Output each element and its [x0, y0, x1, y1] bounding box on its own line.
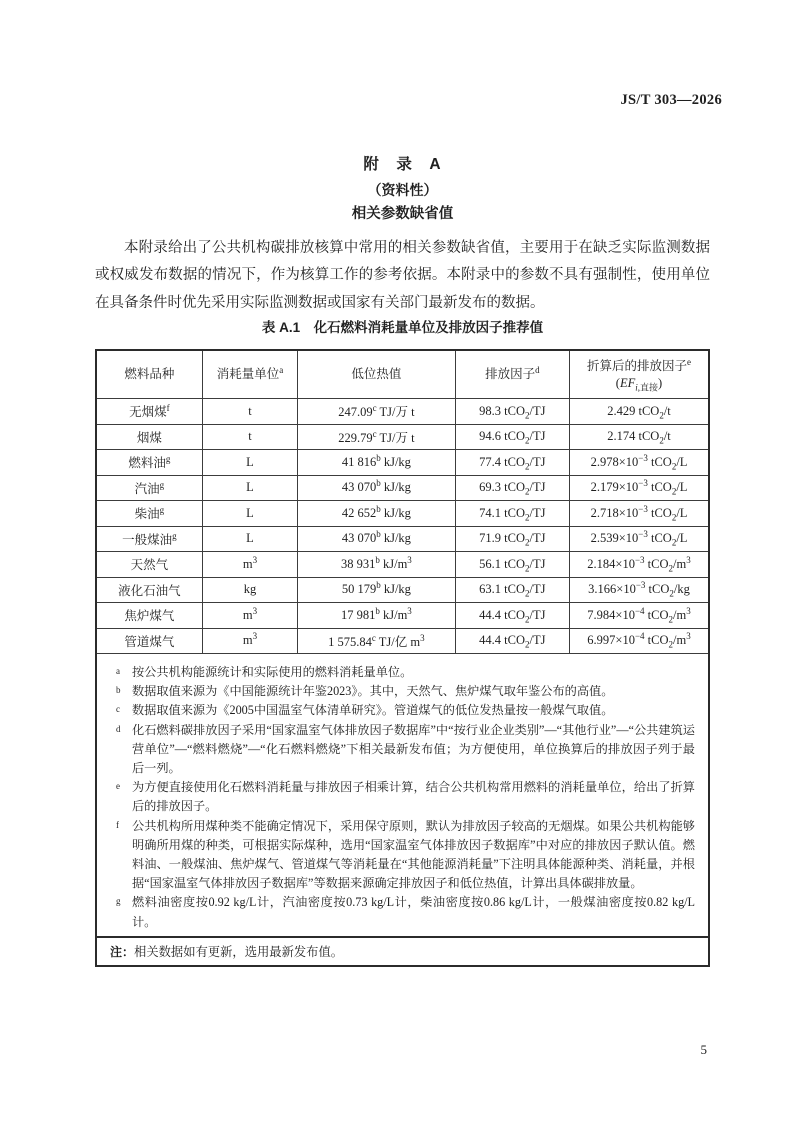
- footnote: g 燃料油密度按0.92 kg/L计，汽油密度按0.73 kg/L计，柴油密度按…: [110, 893, 695, 931]
- cell-unit: t: [202, 424, 297, 450]
- appendix-heading: 附 录 A: [95, 152, 710, 178]
- col-header-consumption-unit: 消耗量单位a: [202, 350, 297, 399]
- table-a1: 燃料品种 消耗量单位a 低位热值 排放因子d 折算后的排放因子e (EFi,直接…: [95, 349, 710, 967]
- footnote-text: 数据取值来源为《2005中国温室气体清单研究》。管道煤气的低位发热量按一般煤气取…: [132, 701, 695, 720]
- footnote: c 数据取值来源为《2005中国温室气体清单研究》。管道煤气的低位发热量按一般煤…: [110, 701, 695, 720]
- cell-heating-value: 17 981b kJ/m3: [298, 603, 456, 629]
- cell-emission-factor: 69.3 tCO2/TJ: [455, 475, 569, 501]
- footnotes-cell: a 按公共机构能源统计和实际使用的燃料消耗量单位。 b 数据取值来源为《中国能源…: [96, 654, 709, 937]
- table-header-row: 燃料品种 消耗量单位a 低位热值 排放因子d 折算后的排放因子e (EFi,直接…: [96, 350, 709, 399]
- appendix-title-block: 附 录 A （资料性） 相关参数缺省值: [95, 152, 710, 226]
- cell-emission-factor: 74.1 tCO2/TJ: [455, 501, 569, 527]
- cell-fuel-name: 无烟煤f: [96, 399, 202, 425]
- cell-unit: L: [202, 450, 297, 476]
- cell-unit: kg: [202, 577, 297, 603]
- table-row: 管道煤气 m3 1 575.84c TJ/亿 m3 44.4 tCO2/TJ 6…: [96, 628, 709, 654]
- footnote-letter: f: [110, 817, 132, 894]
- footnote: d 化石燃料碳排放因子采用“国家温室气体排放因子数据库”中“按行业企业类别”—“…: [110, 721, 695, 779]
- cell-converted-factor: 2.179×10−3 tCO2/L: [570, 475, 710, 501]
- footnote-text: 燃料油密度按0.92 kg/L计，汽油密度按0.73 kg/L计，柴油密度按0.…: [132, 893, 695, 931]
- footnotes-row: a 按公共机构能源统计和实际使用的燃料消耗量单位。 b 数据取值来源为《中国能源…: [96, 654, 709, 937]
- standard-number: JS/T 303—2026: [620, 92, 722, 109]
- footnote-letter: c: [110, 701, 132, 720]
- footnote-text: 数据取值来源为《中国能源统计年鉴2023》。其中，天然气、焦炉煤气取年鉴公布的高…: [132, 682, 695, 701]
- cell-emission-factor: 56.1 tCO2/TJ: [455, 552, 569, 578]
- cell-fuel-name: 液化石油气: [96, 577, 202, 603]
- cell-heating-value: 38 931b kJ/m3: [298, 552, 456, 578]
- footnote-text: 为方便直接使用化石燃料消耗量与排放因子相乘计算，结合公共机构常用燃料的消耗量单位…: [132, 778, 695, 816]
- table-row: 烟煤 t 229.79c TJ/万 t 94.6 tCO2/TJ 2.174 t…: [96, 424, 709, 450]
- cell-unit: m3: [202, 552, 297, 578]
- footnote: b 数据取值来源为《中国能源统计年鉴2023》。其中，天然气、焦炉煤气取年鉴公布…: [110, 682, 695, 701]
- cell-converted-factor: 3.166×10−3 tCO2/kg: [570, 577, 710, 603]
- cell-fuel-name: 汽油g: [96, 475, 202, 501]
- cell-heating-value: 229.79c TJ/万 t: [298, 424, 456, 450]
- footnote: e 为方便直接使用化石燃料消耗量与排放因子相乘计算，结合公共机构常用燃料的消耗量…: [110, 778, 695, 816]
- cell-heating-value: 50 179b kJ/kg: [298, 577, 456, 603]
- converted-factor-symbol: (EFi,直接): [573, 375, 705, 392]
- table-note-row: 注：相关数据如有更新，选用最新发布值。: [96, 937, 709, 966]
- table-row: 天然气 m3 38 931b kJ/m3 56.1 tCO2/TJ 2.184×…: [96, 552, 709, 578]
- cell-fuel-name: 管道煤气: [96, 628, 202, 654]
- col-header-fuel-type: 燃料品种: [96, 350, 202, 399]
- footnote-letter: a: [110, 663, 132, 682]
- footnote: a 按公共机构能源统计和实际使用的燃料消耗量单位。: [110, 663, 695, 682]
- table-note-cell: 注：相关数据如有更新，选用最新发布值。: [96, 937, 709, 966]
- cell-heating-value: 43 070b kJ/kg: [298, 475, 456, 501]
- col-header-emission-factor: 排放因子d: [455, 350, 569, 399]
- footnote-letter: e: [110, 778, 132, 816]
- cell-heating-value: 42 652b kJ/kg: [298, 501, 456, 527]
- note-label: 注：: [110, 945, 134, 959]
- note-text: 相关数据如有更新，选用最新发布值。: [134, 945, 343, 959]
- table-row: 汽油g L 43 070b kJ/kg 69.3 tCO2/TJ 2.179×1…: [96, 475, 709, 501]
- converted-factor-label: 折算后的排放因子e: [573, 358, 705, 375]
- table-row: 燃料油g L 41 816b kJ/kg 77.4 tCO2/TJ 2.978×…: [96, 450, 709, 476]
- cell-converted-factor: 6.997×10−4 tCO2/m3: [570, 628, 710, 654]
- table-row: 一般煤油g L 43 070b kJ/kg 71.9 tCO2/TJ 2.539…: [96, 526, 709, 552]
- table-row: 柴油g L 42 652b kJ/kg 74.1 tCO2/TJ 2.718×1…: [96, 501, 709, 527]
- cell-emission-factor: 94.6 tCO2/TJ: [455, 424, 569, 450]
- footnote-letter: d: [110, 721, 132, 779]
- cell-fuel-name: 焦炉煤气: [96, 603, 202, 629]
- cell-heating-value: 41 816b kJ/kg: [298, 450, 456, 476]
- document-page: JS/T 303—2026 附 录 A （资料性） 相关参数缺省值 本附录给出了…: [0, 0, 793, 1122]
- cell-unit: t: [202, 399, 297, 425]
- cell-heating-value: 1 575.84c TJ/亿 m3: [298, 628, 456, 654]
- cell-converted-factor: 7.984×10−4 tCO2/m3: [570, 603, 710, 629]
- table-row: 液化石油气 kg 50 179b kJ/kg 63.1 tCO2/TJ 3.16…: [96, 577, 709, 603]
- cell-unit: m3: [202, 628, 297, 654]
- appendix-type-label: （资料性）: [95, 178, 710, 202]
- cell-heating-value: 43 070b kJ/kg: [298, 526, 456, 552]
- cell-converted-factor: 2.539×10−3 tCO2/L: [570, 526, 710, 552]
- cell-unit: L: [202, 475, 297, 501]
- footnote-text: 公共机构所用煤种类不能确定情况下，采用保守原则，默认为排放因子较高的无烟煤。如果…: [132, 817, 695, 894]
- footnote-letter: g: [110, 893, 132, 931]
- page-number: 5: [701, 1042, 708, 1058]
- cell-unit: L: [202, 526, 297, 552]
- cell-unit: L: [202, 501, 297, 527]
- col-header-converted-factor: 折算后的排放因子e (EFi,直接): [570, 350, 710, 399]
- footnote: f 公共机构所用煤种类不能确定情况下，采用保守原则，默认为排放因子较高的无烟煤。…: [110, 817, 695, 894]
- cell-emission-factor: 98.3 tCO2/TJ: [455, 399, 569, 425]
- footnote-text: 按公共机构能源统计和实际使用的燃料消耗量单位。: [132, 663, 695, 682]
- cell-converted-factor: 2.718×10−3 tCO2/L: [570, 501, 710, 527]
- cell-emission-factor: 77.4 tCO2/TJ: [455, 450, 569, 476]
- cell-fuel-name: 柴油g: [96, 501, 202, 527]
- appendix-title: 相关参数缺省值: [95, 202, 710, 226]
- footnote-text: 化石燃料碳排放因子采用“国家温室气体排放因子数据库”中“按行业企业类别”—“其他…: [132, 721, 695, 779]
- cell-converted-factor: 2.184×10−3 tCO2/m3: [570, 552, 710, 578]
- col-header-heating-value: 低位热值: [298, 350, 456, 399]
- cell-emission-factor: 71.9 tCO2/TJ: [455, 526, 569, 552]
- table-row: 无烟煤f t 247.09c TJ/万 t 98.3 tCO2/TJ 2.429…: [96, 399, 709, 425]
- table-row: 焦炉煤气 m3 17 981b kJ/m3 44.4 tCO2/TJ 7.984…: [96, 603, 709, 629]
- cell-fuel-name: 烟煤: [96, 424, 202, 450]
- intro-paragraph: 本附录给出了公共机构碳排放核算中常用的相关参数缺省值，主要用于在缺乏实际监测数据…: [95, 235, 710, 317]
- cell-converted-factor: 2.174 tCO2/t: [570, 424, 710, 450]
- cell-fuel-name: 天然气: [96, 552, 202, 578]
- cell-converted-factor: 2.429 tCO2/t: [570, 399, 710, 425]
- cell-heating-value: 247.09c TJ/万 t: [298, 399, 456, 425]
- cell-converted-factor: 2.978×10−3 tCO2/L: [570, 450, 710, 476]
- table-caption: 表 A.1 化石燃料消耗量单位及排放因子推荐值: [95, 316, 710, 336]
- cell-emission-factor: 63.1 tCO2/TJ: [455, 577, 569, 603]
- footnote-letter: b: [110, 682, 132, 701]
- cell-unit: m3: [202, 603, 297, 629]
- cell-fuel-name: 一般煤油g: [96, 526, 202, 552]
- cell-emission-factor: 44.4 tCO2/TJ: [455, 603, 569, 629]
- cell-fuel-name: 燃料油g: [96, 450, 202, 476]
- cell-emission-factor: 44.4 tCO2/TJ: [455, 628, 569, 654]
